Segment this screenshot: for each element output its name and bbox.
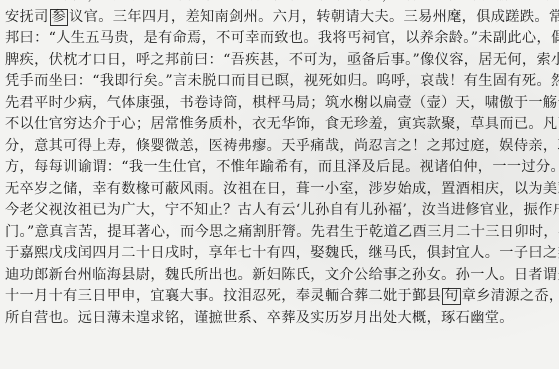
text-line-7: 不以仕官穷达介于心；居常惟务质朴，衣无华饰，食无珍羞，寅宾款聚，草具而已。凡百安 xyxy=(5,114,555,136)
text-line-8: 分，意其可得上寿，倏婴微恙，医祷弗瘳。天乎痛哉，尚忍言之！之邦过庭，娱侍亲，聆义 xyxy=(5,136,555,158)
text-line-15: 十一月十有三日甲申，宜襄大事。抆泪忍死，奉灵輀合葬二妣于鄞县句章乡清源之岙，先君 xyxy=(5,286,555,308)
text-line-14: 迪功郎新台州临海县尉，魏氏所出也。新妇陈氏，文介公给事之孙女。孙一人。日者谓是年 xyxy=(5,265,555,287)
text-line-2: 安抚司参议官。三年四月，差知南剑州。六月，转朝请大夫。三易州麾，俱成蹉跌。常语之 xyxy=(5,7,555,29)
text-line-1: ……六月，改知武冈军。端平元年四月，将差充两浙西路 xyxy=(5,0,555,7)
text-line-13: 于嘉熙戊戌闰四月二十日戌时，享年七十有四，娶魏氏，继马氏，俱封宜人。一子曰之邦， xyxy=(5,243,555,265)
scanned-text-page: ……六月，改知武冈军。端平元年四月，将差充两浙西路 安抚司参议官。三年四月，差知… xyxy=(5,0,557,329)
text-segment: 安抚司 xyxy=(5,9,49,25)
text-line-16: 所自营也。远日薄未遑求铭，谨摭世系、卒葬及实历岁月出处大概，琢石幽堂。 xyxy=(5,308,555,330)
boxed-character: 句 xyxy=(442,288,461,305)
text-line-4: 脾疾，伏枕才口日，呼之邦前曰：“吾疾甚，不可为，亟备后事。”像仪容，居无何，索小… xyxy=(5,50,555,72)
boxed-character: 参 xyxy=(50,9,69,26)
text-segment: 议官。三年四月，差知南剑州。六月，转朝请大夫。三易州麾，俱成蹉跌。常语之 xyxy=(69,9,559,25)
text-line-10: 无卒岁之储，幸有数椽可蔽风雨。汝祖在日，葺一小室，涉岁始成，置酒相庆，以为美观。 xyxy=(5,179,555,201)
text-line-6: 先君平时少病，气体康强，书卷诗筒，棋枰马局；筑水榭以扁壹（壸）天，啸傲于一觞一詠… xyxy=(5,93,555,115)
text-line-5: 凭手而坐曰：“我即行矣。”言未脱口而目已瞑，视死如归。呜呼，哀哉！有生固有死。然… xyxy=(5,71,555,93)
text-line-11: 今老父视汝祖已为广大，宁不知止？古人有云‘儿孙自有儿孙福’，汝当进修官业，振作户 xyxy=(5,200,555,222)
text-segment: 十一月十有三日甲申，宜襄大事。抆泪忍死，奉灵輀合葬二妣于鄞县 xyxy=(5,288,441,304)
text-line-12: 门。”意真言苦，提耳著心，而今思之痛割肝膂。先君生于乾道乙酉三月二十三日卯时，卒 xyxy=(5,222,555,244)
text-line-9: 方，每每训谕谓：“我一生仕官，不惟年踰希有，而且泽及后昆。视诸伯仲，一一过分。虽 xyxy=(5,157,555,179)
text-segment: 章乡清源之岙，先君 xyxy=(462,288,559,304)
text-line-3: 邦曰：“人生五马贵，是有命焉，不可幸而致也。我将丐祠官，以养余龄。”未副此心，偶… xyxy=(5,28,555,50)
